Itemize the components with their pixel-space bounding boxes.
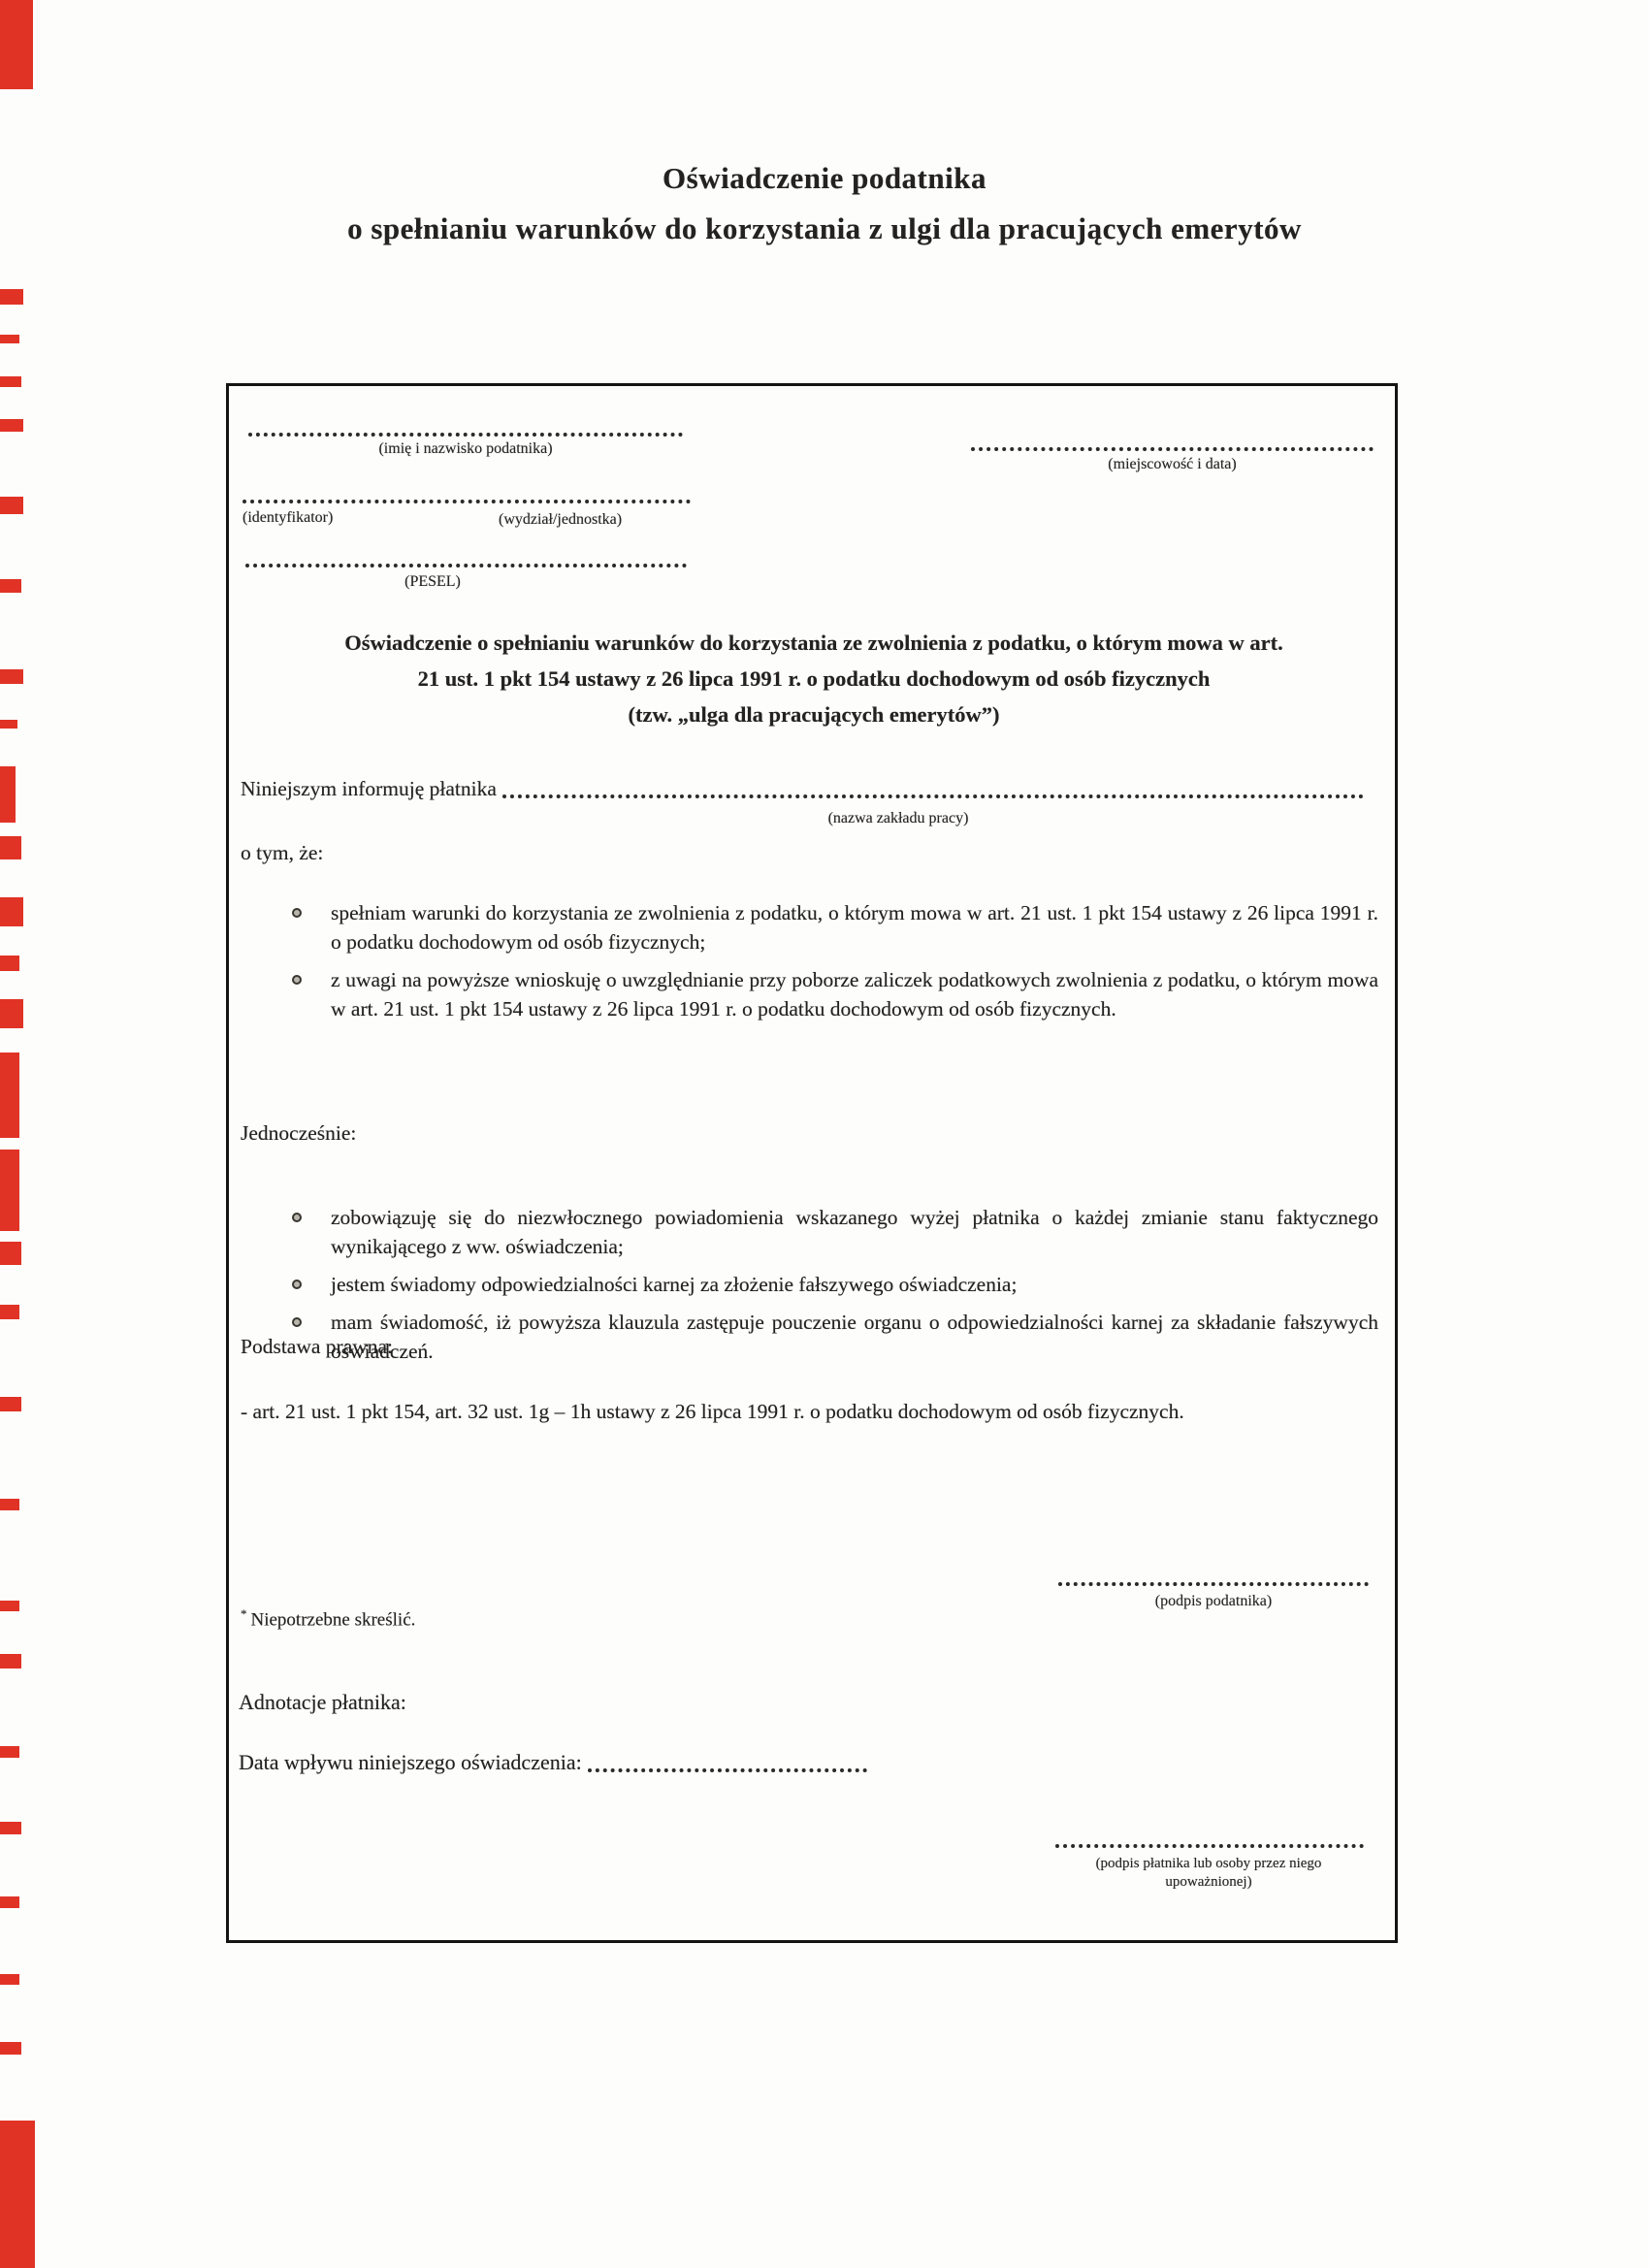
unit-field-label: (wydział/jednostka) [499,511,693,529]
red-edge-mark [0,720,17,729]
red-edge-mark [0,897,23,926]
legal-basis-text: - art. 21 ust. 1 pkt 154, art. 32 ust. 1… [241,1397,1364,1426]
declaration-heading-line2: 21 ust. 1 pkt 154 ustawy z 26 lipca 1991… [256,661,1372,697]
scanner-edge-artifact [0,0,39,2268]
form-border-box: (imię i nazwisko podatnika) (miejscowość… [226,383,1398,1943]
red-edge-mark [0,289,23,305]
scanned-document-page: Oświadczenie podatnika o spełnianiu waru… [0,0,1649,2268]
bullet-text: zobowiązuję się do niezwłocznego powiado… [331,1203,1378,1261]
receipt-date-fill-line [588,1764,867,1772]
bullet-text: mam świadomość, iż powyższa klauzula zas… [331,1308,1378,1366]
list-item: zobowiązuję się do niezwłocznego powiado… [292,1203,1378,1261]
red-edge-mark [0,2042,21,2055]
payer-signature-label-line1: (podpis płatnika lub osoby przez niego [1015,1855,1403,1873]
taxpayer-signature-label: (podpis podatnika) [1058,1593,1369,1610]
red-edge-mark [0,1242,21,1265]
pesel-field-label: (PESEL) [307,573,559,591]
list-item: spełniam warunki do korzystania ze zwoln… [292,898,1378,956]
list-item: z uwagi na powyższe wnioskuję o uwzględn… [292,965,1378,1023]
bullet-text: z uwagi na powyższe wnioskuję o uwzględn… [331,965,1378,1023]
red-edge-mark [0,497,23,514]
red-edge-mark [0,1896,19,1908]
red-edge-mark [0,376,21,387]
pesel-fill-line [245,559,687,567]
red-edge-mark [0,0,33,89]
red-edge-mark [0,1822,21,1834]
inform-payer-text: Niniejszym informuję płatnika [241,774,497,803]
payer-signature-line [1055,1839,1364,1848]
bullet-icon [292,975,302,985]
red-edge-mark [0,2121,35,2268]
red-edge-mark [0,1601,19,1611]
footnote: *Niepotrzebne skreślić. [241,1606,415,1631]
list-item: mam świadomość, iż powyższa klauzula zas… [292,1308,1378,1366]
red-edge-mark [0,579,21,593]
red-edge-mark [0,1397,21,1411]
about-that-text: o tym, że: [241,838,323,867]
taxpayer-signature-line [1058,1577,1369,1586]
place-date-field-label: (miejscowość i data) [971,456,1374,473]
red-edge-mark [0,1974,19,1985]
declaration-heading-line1: Oświadczenie o spełnianiu warunków do ko… [256,625,1372,661]
red-edge-mark [0,956,19,971]
employer-field-label: (nazwa zakładu pracy) [704,810,1092,827]
name-fill-line [248,428,683,437]
red-edge-mark [0,766,16,823]
legal-basis-label: Podstawa prawna: [241,1335,393,1359]
receipt-date-label: Data wpływu niniejszego oświadczenia: [239,1748,582,1777]
place-date-fill-line [971,442,1374,451]
name-field-label: (imię i nazwisko podatnika) [248,440,683,458]
red-edge-mark [0,836,21,859]
receipt-date-row: Data wpływu niniejszego oświadczenia: [239,1748,961,1777]
identifier-fill-line [242,495,691,503]
red-edge-mark [0,1150,19,1231]
red-edge-mark [0,1746,19,1758]
bullet-text: jestem świadomy odpowiedzialności karnej… [331,1270,1378,1299]
red-edge-mark [0,669,23,684]
red-edge-mark [0,999,23,1028]
document-title-line1: Oświadczenie podatnika [0,161,1649,196]
payer-annotations-label: Adnotacje płatnika: [239,1688,406,1717]
commitments-list: zobowiązuję się do niezwłocznego powiado… [292,1203,1378,1375]
working-conditions-list: spełniam warunki do korzystania ze zwoln… [292,898,1378,1032]
declaration-heading-line3: (tzw. „ulga dla pracujących emerytów”) [256,697,1372,732]
identifier-field-label: (identyfikator) [242,509,398,527]
bullet-icon [292,908,302,918]
footnote-marker: * [241,1606,247,1621]
red-edge-mark [0,335,19,343]
red-edge-mark [0,1305,19,1319]
footnote-text: Niepotrzebne skreślić. [251,1609,416,1630]
inform-payer-row: Niniejszym informuję płatnika [241,774,1364,803]
bullet-icon [292,1317,302,1327]
red-edge-mark [0,419,23,432]
payer-signature-label-line2: upoważnionej) [1015,1873,1403,1892]
document-title-line2: o spełnianiu warunków do korzystania z u… [0,211,1649,246]
bullet-text: spełniam warunki do korzystania ze zwoln… [331,898,1378,956]
declaration-heading: Oświadczenie o spełnianiu warunków do ko… [256,625,1372,732]
simultaneously-label: Jednocześnie: [241,1121,356,1146]
bullet-icon [292,1213,302,1222]
bullet-icon [292,1280,302,1289]
red-edge-mark [0,1053,19,1138]
payer-signature-label: (podpis płatnika lub osoby przez niego u… [1015,1855,1403,1892]
red-edge-mark [0,1654,21,1669]
red-edge-mark [0,1499,19,1510]
employer-name-fill-line [502,790,1364,798]
list-item: jestem świadomy odpowiedzialności karnej… [292,1270,1378,1299]
